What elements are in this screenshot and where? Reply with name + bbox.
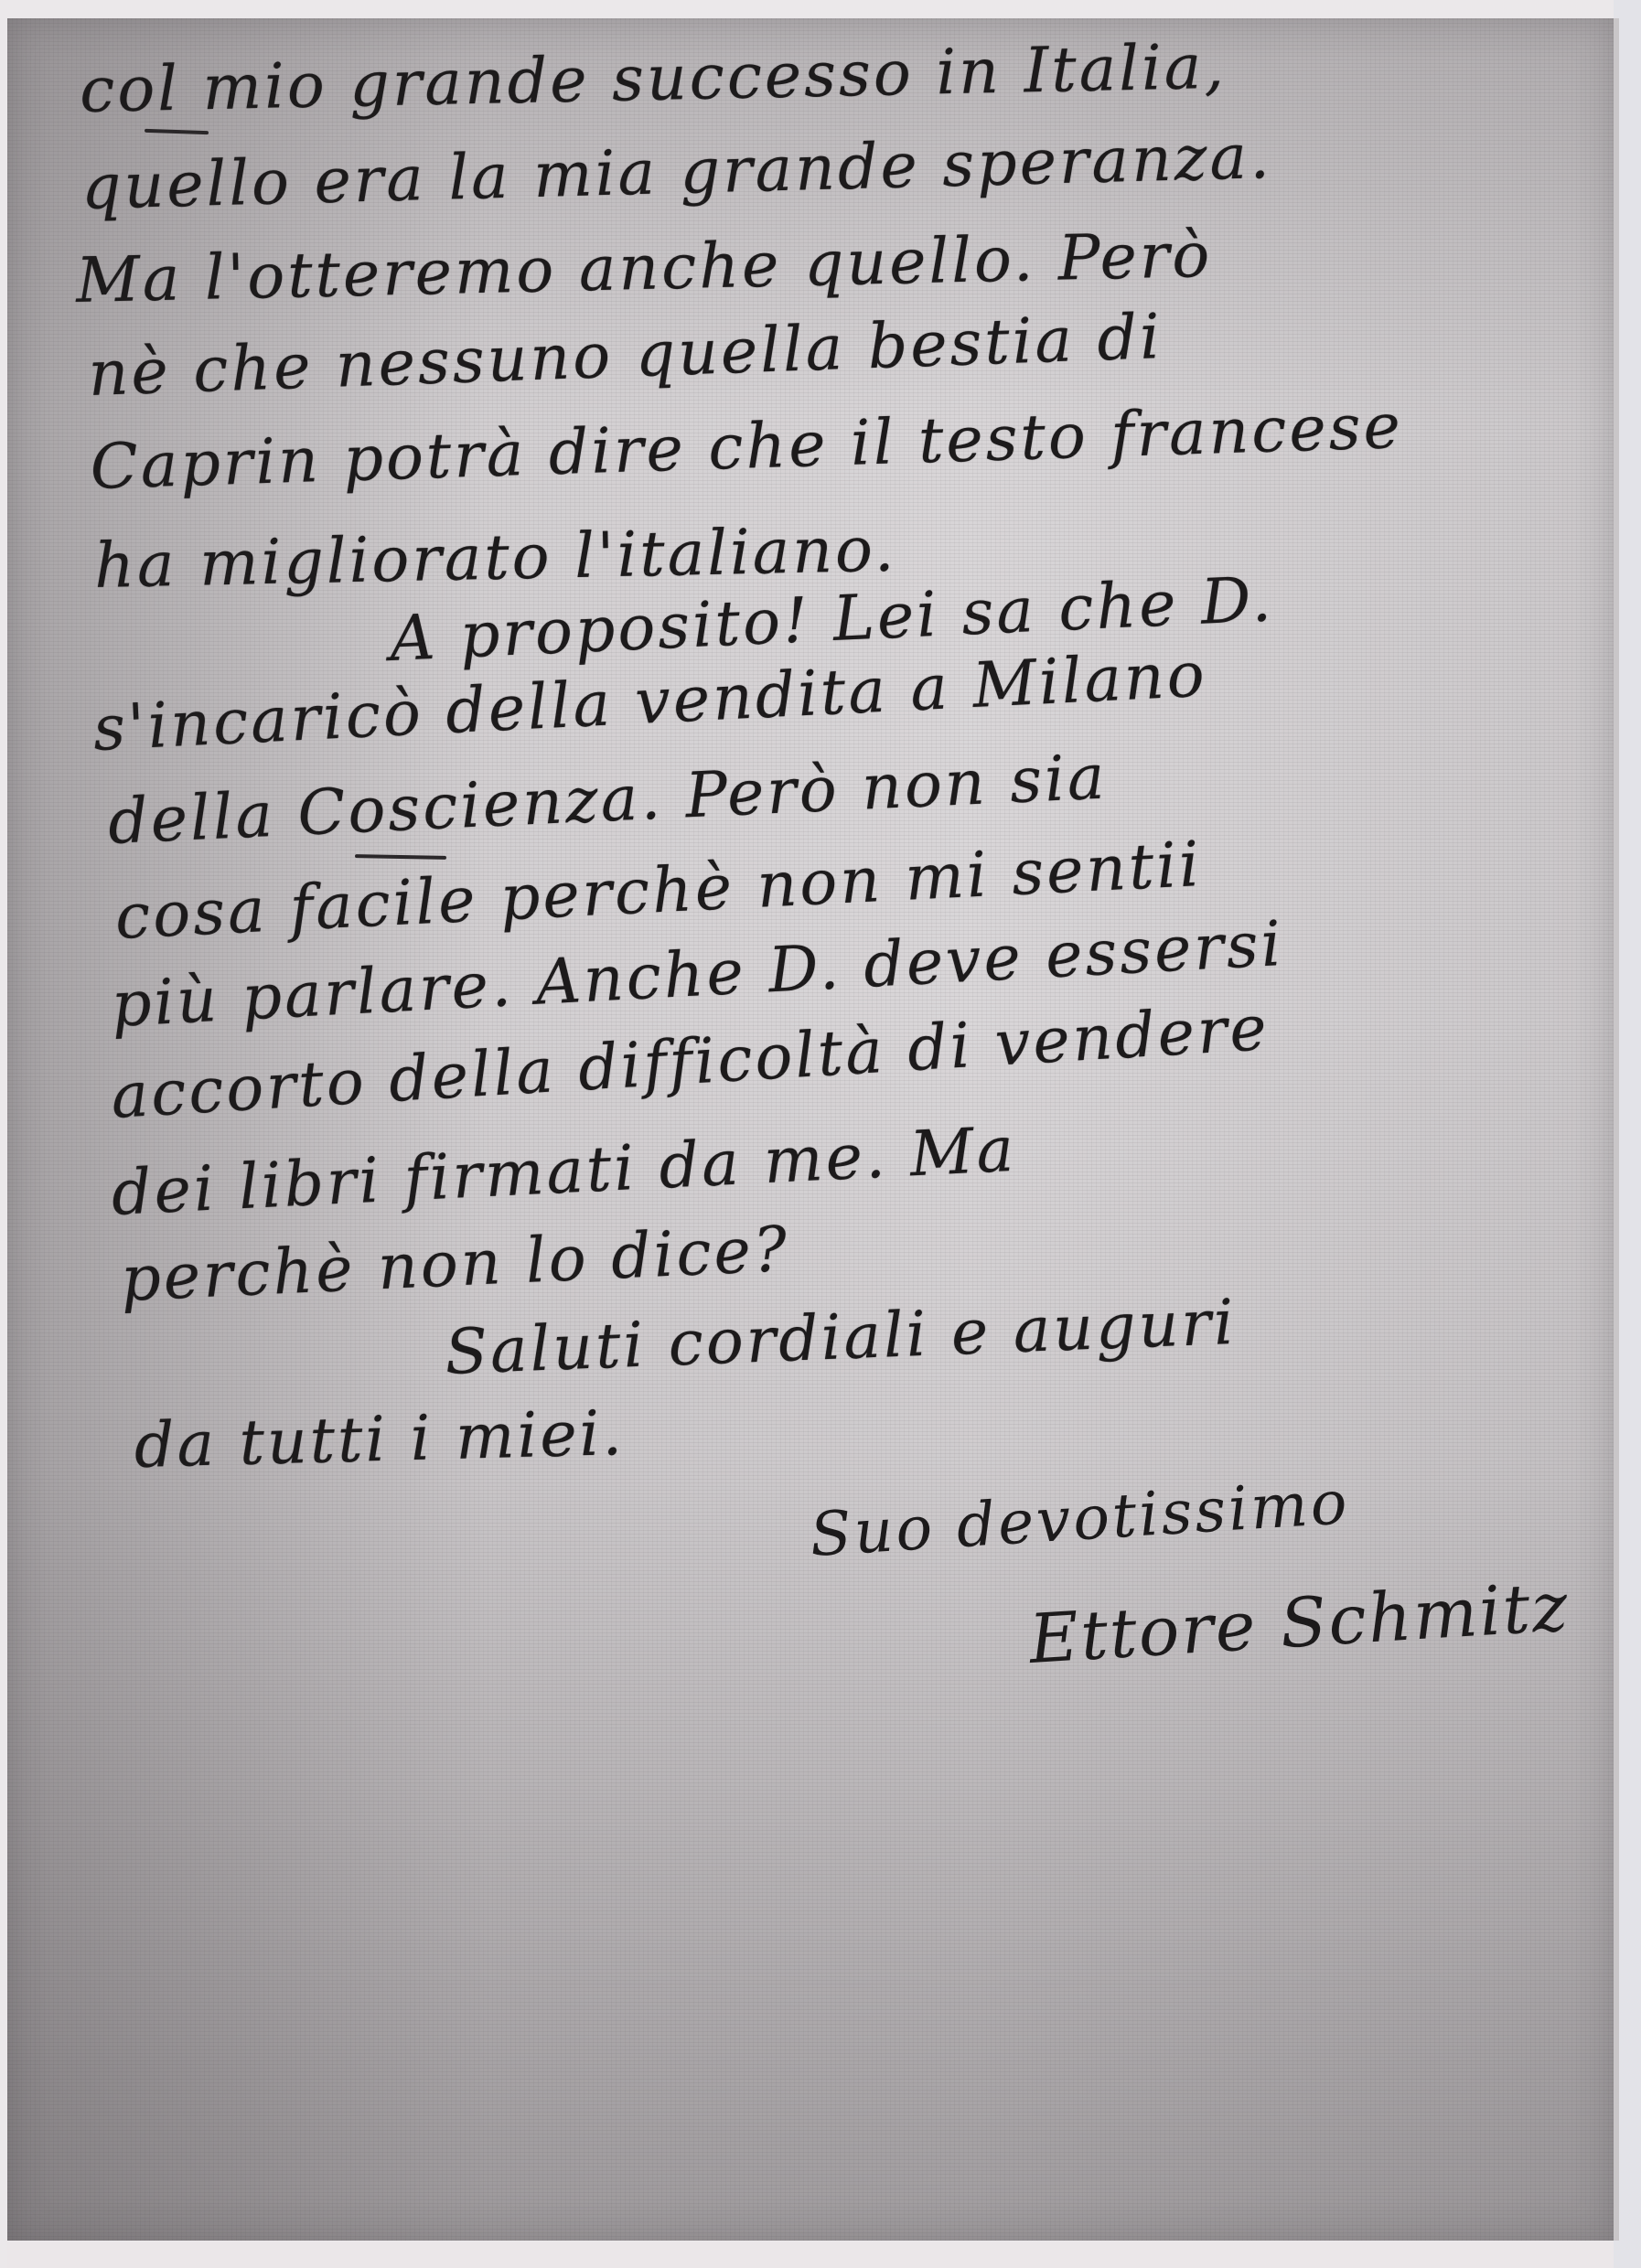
letter-line-1: col mio grande successo in Italia, [79,31,1227,127]
letter-line-13: dei libri firmati da me. Ma [110,1114,1018,1230]
letter-body: col mio grande successo in Italia, quell… [7,18,1614,2241]
letter-signature: Ettore Schmitz [1027,1567,1571,1679]
letter-closing: Suo devotissimo [808,1467,1351,1570]
letter-line-2: quello era la mia grande speranza. [80,121,1273,224]
scan-background: col mio grande successo in Italia, quell… [0,0,1641,2268]
letter-line-4: nè che nessuno quella bestia di [87,301,1164,411]
letter-page: col mio grande successo in Italia, quell… [7,18,1619,2241]
letter-line-15: Saluti cordiali e auguri [444,1287,1238,1389]
underline-coscienza [355,854,446,860]
page-bottom-margin [7,2242,1614,2268]
letter-line-16: da tutti i miei. [134,1397,626,1482]
letter-line-14: perchè non lo dice? [119,1214,790,1316]
underline-grande [145,129,209,134]
letter-line-3: Ma l'otteremo anche quello. Però [75,219,1213,317]
letter-line-5: Caprin potrà dire che il testo francese [90,390,1404,504]
